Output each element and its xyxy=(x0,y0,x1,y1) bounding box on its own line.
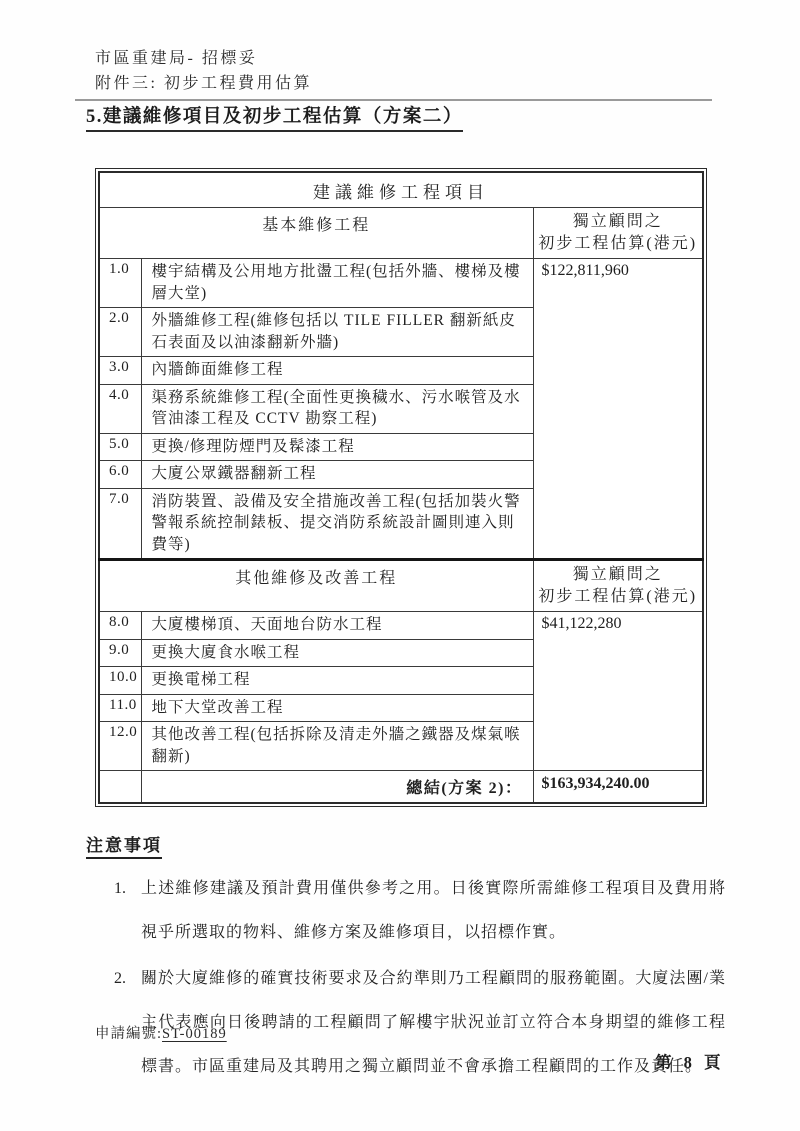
application-number-label: 申請編號: xyxy=(95,1026,162,1042)
total-label: 總結(方案 2)： xyxy=(141,771,533,804)
notes-section: 注意事項 1. 上述維修建議及預計費用僅供參考之用。日後實際所需維修工程項目及費… xyxy=(86,831,731,1089)
row-description: 外牆維修工程(維修包括以 TILE FILLER 翻新紙皮石表面及以油漆翻新外牆… xyxy=(141,308,533,357)
total-row: 總結(方案 2)： $163,934,240.00 xyxy=(99,771,703,804)
table-row: 8.0 大廈樓梯頂、天面地台防水工程 $41,122,280 xyxy=(99,612,703,640)
row-description: 更換大廈食水喉工程 xyxy=(141,639,533,667)
document-header: 市區重建局- 招標妥 附件三: 初步工程費用估算 5.建議維修項目及初步工程估算… xyxy=(0,0,800,132)
section-heading: 5.建議維修項目及初步工程估算（方案二） xyxy=(86,102,463,132)
section-1-header: 基本維修工程 xyxy=(99,208,533,259)
total-value: $163,934,240.00 xyxy=(533,771,703,804)
row-number: 1.0 xyxy=(99,259,141,308)
org-line: 市區重建局- 招標妥 xyxy=(95,46,800,71)
attachment-line: 附件三: 初步工程費用估算 xyxy=(95,71,800,96)
row-description: 更換/修理防煙門及髹漆工程 xyxy=(141,433,533,461)
row-number: 6.0 xyxy=(99,461,141,489)
page-number: 第 8 頁 xyxy=(655,1049,725,1073)
row-description: 樓宇結構及公用地方批盪工程(包括外牆、樓梯及樓層大堂) xyxy=(141,259,533,308)
estimate-header-line2: 初步工程估算(港元) xyxy=(538,588,697,605)
application-number-value: ST-00189 xyxy=(162,1026,227,1042)
estimate-column-header: 獨立顧問之 初步工程估算(港元) xyxy=(533,560,703,612)
row-number: 3.0 xyxy=(99,357,141,385)
row-description: 更換電梯工程 xyxy=(141,667,533,695)
document-page: 市區重建局- 招標妥 附件三: 初步工程費用估算 5.建議維修項目及初步工程估算… xyxy=(0,0,800,1131)
row-number: 7.0 xyxy=(99,488,141,560)
row-number: 9.0 xyxy=(99,639,141,667)
estimate-table-wrapper: 建議維修工程項目 基本維修工程 獨立顧問之 初步工程估算(港元) 1.0 樓宇結… xyxy=(95,168,707,807)
row-number: 11.0 xyxy=(99,694,141,722)
row-number: 2.0 xyxy=(99,308,141,357)
row-number: 5.0 xyxy=(99,433,141,461)
row-description: 其他改善工程(包括拆除及清走外牆之鐵器及煤氣喉翻新) xyxy=(141,722,533,771)
row-number: 8.0 xyxy=(99,612,141,640)
estimate-header-line2: 初步工程估算(港元) xyxy=(538,235,697,252)
estimate-header-line1: 獨立顧問之 xyxy=(573,566,663,583)
table-title-row: 建議維修工程項目 xyxy=(99,172,703,208)
note-text: 關於大廈維修的確實技術要求及合約準則乃工程顧問的服務範圍。大廈法團/業主代表應向… xyxy=(141,957,726,1089)
section-2-header-row: 其他維修及改善工程 獨立顧問之 初步工程估算(港元) xyxy=(99,560,703,612)
row-description: 內牆飾面維修工程 xyxy=(141,357,533,385)
row-number: 10.0 xyxy=(99,667,141,695)
row-description: 渠務系統維修工程(全面性更換穢水、污水喉管及水管油漆工程及 CCTV 勘察工程) xyxy=(141,384,533,433)
note-number: 1. xyxy=(114,867,141,955)
row-number: 4.0 xyxy=(99,384,141,433)
note-text: 上述維修建議及預計費用僅供參考之用。日後實際所需維修工程項目及費用將視乎所選取的… xyxy=(141,867,726,955)
estimate-header-line1: 獨立顧問之 xyxy=(573,213,663,230)
estimate-table: 建議維修工程項目 基本維修工程 獨立顧問之 初步工程估算(港元) 1.0 樓宇結… xyxy=(98,171,704,804)
section-1-header-row: 基本維修工程 獨立顧問之 初步工程估算(港元) xyxy=(99,208,703,259)
section-1-estimate: $122,811,960 xyxy=(533,259,703,560)
section-2-header: 其他維修及改善工程 xyxy=(99,560,533,612)
row-description: 大廈樓梯頂、天面地台防水工程 xyxy=(141,612,533,640)
note-item: 1. 上述維修建議及預計費用僅供參考之用。日後實際所需維修工程項目及費用將視乎所… xyxy=(114,867,731,955)
table-title: 建議維修工程項目 xyxy=(99,172,703,208)
row-description: 大廈公眾鐵器翻新工程 xyxy=(141,461,533,489)
row-number: 12.0 xyxy=(99,722,141,771)
row-description: 消防裝置、設備及安全措施改善工程(包括加裝火警警報系統控制錶板、提交消防系統設計… xyxy=(141,488,533,560)
estimate-column-header: 獨立顧問之 初步工程估算(港元) xyxy=(533,208,703,259)
notes-heading: 注意事項 xyxy=(86,831,162,859)
table-row: 1.0 樓宇結構及公用地方批盪工程(包括外牆、樓梯及樓層大堂) $122,811… xyxy=(99,259,703,308)
total-row-empty-cell xyxy=(99,771,141,804)
row-description: 地下大堂改善工程 xyxy=(141,694,533,722)
section-2-estimate: $41,122,280 xyxy=(533,612,703,771)
application-number: 申請編號:ST-00189 xyxy=(95,1022,227,1043)
